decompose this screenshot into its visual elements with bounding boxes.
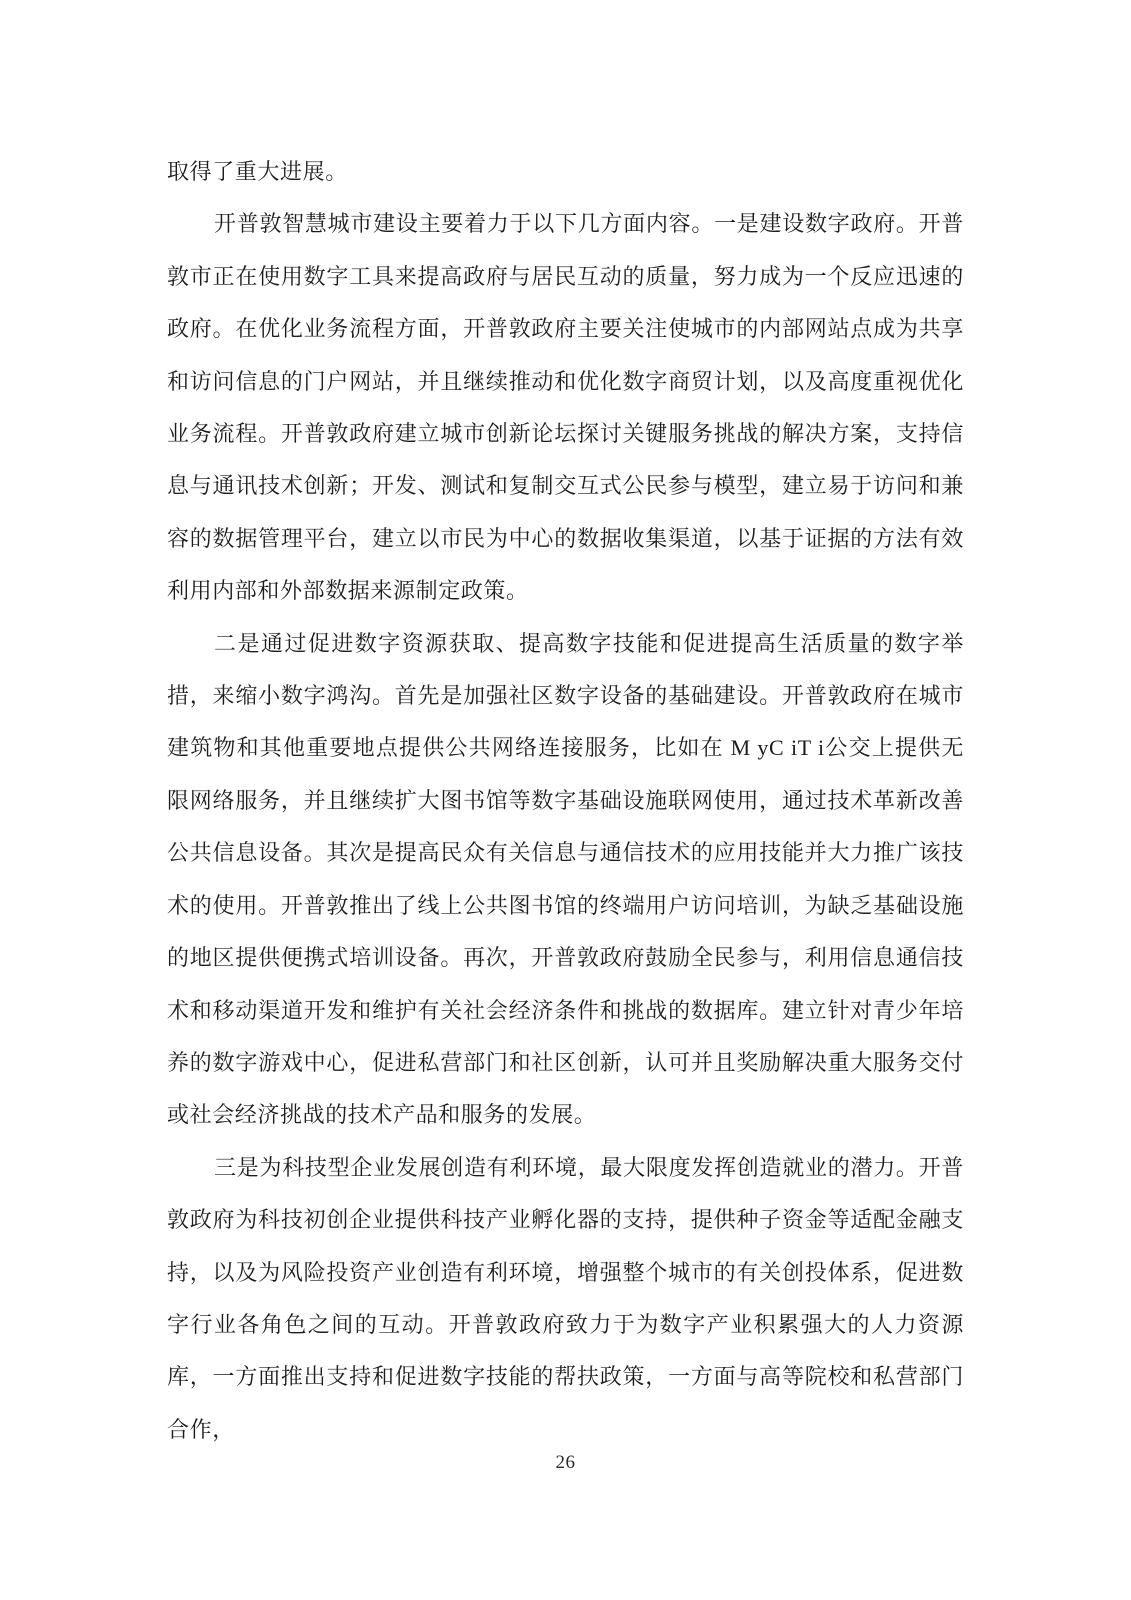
page-footer: 26 — [0, 1452, 1131, 1474]
paragraph-second-point: 二是通过促进数字资源获取、提高数字技能和促进提高生活质量的数字举措，来缩小数字鸿… — [167, 618, 964, 1142]
body-text: 取得了重大进展。 开普敦智慧城市建设主要着力于以下几方面内容。一是建设数字政府。… — [167, 146, 964, 1456]
paragraph-continuation: 取得了重大进展。 — [167, 146, 964, 198]
document-page: 取得了重大进展。 开普敦智慧城市建设主要着力于以下几方面内容。一是建设数字政府。… — [0, 0, 1131, 1600]
paragraph-overview: 开普敦智慧城市建设主要着力于以下几方面内容。一是建设数字政府。开普敦市正在使用数… — [167, 198, 964, 617]
page-number: 26 — [556, 1452, 576, 1473]
paragraph-third-point: 三是为科技型企业发展创造有利环境，最大限度发挥创造就业的潜力。开普敦政府为科技初… — [167, 1142, 964, 1456]
